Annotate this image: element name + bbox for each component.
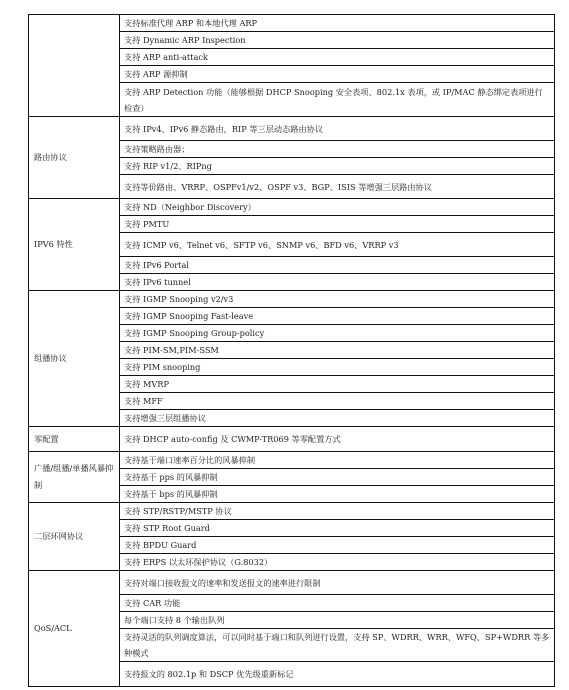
feature-cell: 支持 MFF bbox=[120, 393, 555, 410]
table-row: 广播/组播/单播风暴抑制支持基于端口速率百分比的风暴抑制 bbox=[29, 452, 555, 469]
feature-cell: 支持增强三层组播协议 bbox=[120, 410, 555, 427]
feature-cell: 支持 STP/RSTP/MSTP 协议 bbox=[120, 503, 555, 520]
table-row: 组播协议支持 IGMP Snooping v2/v3 bbox=[29, 291, 555, 308]
feature-cell: 支持 IGMP Snooping v2/v3 bbox=[120, 291, 555, 308]
feature-cell: 支持 IGMP Snooping Fast-leave bbox=[120, 308, 555, 325]
category-cell: 零配置 bbox=[29, 427, 120, 452]
feature-cell: 支持等价路由、VRRP、OSPFv1/v2、OSPF v3、BGP、ISIS 等… bbox=[120, 175, 555, 199]
feature-cell: 支持 MVRP bbox=[120, 376, 555, 393]
feature-cell: 支持 IPv4、IPv6 静态路由，RIP 等三层动态路由协议 bbox=[120, 117, 555, 141]
feature-cell: 支持 IGMP Snooping Group-policy bbox=[120, 325, 555, 342]
table-row: 二层环网协议支持 STP/RSTP/MSTP 协议 bbox=[29, 503, 555, 520]
table-row: IPV6 特性支持 ND（Neighbor Discovery） bbox=[29, 199, 555, 216]
table-row: 支持标准代理 ARP 和本地代理 ARP bbox=[29, 15, 555, 32]
category-cell: 路由协议 bbox=[29, 117, 120, 199]
table-row: QoS/ACL支持对端口接收报文的速率和发送报文的速率进行限制 bbox=[29, 571, 555, 595]
feature-cell: 支持 PMTU bbox=[120, 216, 555, 233]
feature-cell: 每个端口支持 8 个输出队列 bbox=[120, 612, 555, 629]
feature-cell: 支持 ND（Neighbor Discovery） bbox=[120, 199, 555, 216]
feature-cell: 支持 IPv6 tunnel bbox=[120, 274, 555, 291]
feature-cell: 支持基于 pps 的风暴抑制 bbox=[120, 469, 555, 486]
category-cell: QoS/ACL bbox=[29, 571, 120, 687]
feature-cell: 支持基于端口速率百分比的风暴抑制 bbox=[120, 452, 555, 469]
feature-cell: 支持基于 bps 的风暴抑制 bbox=[120, 486, 555, 503]
category-cell: 广播/组播/单播风暴抑制 bbox=[29, 452, 120, 503]
feature-cell: 支持 ARP anti-attack bbox=[120, 49, 555, 66]
table-row: 路由协议支持 IPv4、IPv6 静态路由，RIP 等三层动态路由协议 bbox=[29, 117, 555, 141]
feature-cell: 支持 BPDU Guard bbox=[120, 537, 555, 554]
category-cell: 组播协议 bbox=[29, 291, 120, 427]
feature-cell: 支持 STP Root Guard bbox=[120, 520, 555, 537]
feature-cell: 支持灵活的队列调度算法，可以同时基于端口和队列进行设置，支持 SP、WDRR、W… bbox=[120, 629, 555, 662]
spec-table: 支持标准代理 ARP 和本地代理 ARP支持 Dynamic ARP Inspe… bbox=[28, 14, 555, 687]
category-cell: 二层环网协议 bbox=[29, 503, 120, 571]
feature-cell: 支持 ARP Detection 功能（能够根据 DHCP Snooping 安… bbox=[120, 83, 555, 117]
category-cell bbox=[29, 15, 120, 117]
feature-cell: 支持 ERPS 以太环保护协议（G.8032） bbox=[120, 554, 555, 571]
feature-cell: 支持对端口接收报文的速率和发送报文的速率进行限制 bbox=[120, 571, 555, 595]
feature-cell: 支持 IPv6 Portal bbox=[120, 257, 555, 274]
feature-cell: 支持 Dynamic ARP Inspection bbox=[120, 32, 555, 49]
feature-cell: 支持 ICMP v6、Telnet v6、SFTP v6、SNMP v6、BFD… bbox=[120, 233, 555, 257]
feature-cell: 支持报文的 802.1p 和 DSCP 优先级重新标记 bbox=[120, 662, 555, 687]
feature-cell: 支持 CAR 功能 bbox=[120, 595, 555, 612]
feature-cell: 支持 PIM snooping bbox=[120, 359, 555, 376]
feature-cell: 支持 ARP 源抑制 bbox=[120, 66, 555, 83]
feature-cell: 支持 RIP v1/2、RIPng bbox=[120, 158, 555, 175]
feature-cell: 支持 PIM-SM,PIM-SSM bbox=[120, 342, 555, 359]
category-cell: IPV6 特性 bbox=[29, 199, 120, 291]
feature-cell: 支持标准代理 ARP 和本地代理 ARP bbox=[120, 15, 555, 32]
spec-table-body: 支持标准代理 ARP 和本地代理 ARP支持 Dynamic ARP Inspe… bbox=[29, 15, 555, 687]
feature-cell: 支持 DHCP auto-config 及 CWMP-TR069 等零配置方式 bbox=[120, 427, 555, 452]
feature-cell: 支持策略路由器； bbox=[120, 141, 555, 158]
table-row: 零配置支持 DHCP auto-config 及 CWMP-TR069 等零配置… bbox=[29, 427, 555, 452]
